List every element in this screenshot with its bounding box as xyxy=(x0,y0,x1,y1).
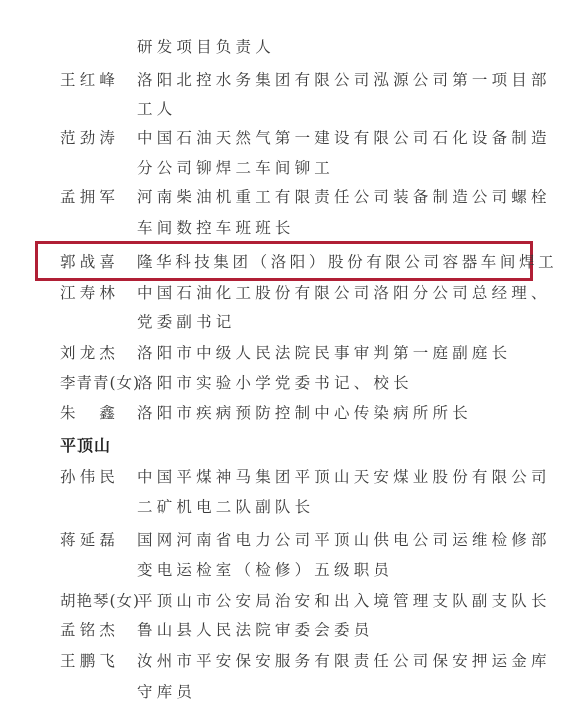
entry-desc-line-highlighted: 隆华科技集团（洛阳）股份有限公司容器车间焊工 xyxy=(137,252,557,272)
entry-desc-line: 洛阳北控水务集团有限公司泓源公司第一项目部 xyxy=(137,70,551,90)
entry-name: 王红峰 xyxy=(60,70,119,90)
entry-name: 蒋延磊 xyxy=(60,530,119,550)
entry-desc-line: 二矿机电二队副队长 xyxy=(137,497,314,517)
entry-name: 孟铭杰 xyxy=(60,620,119,640)
entry-desc-line: 国网河南省电力公司平顶山供电公司运维检修部 xyxy=(137,530,551,550)
entry-desc-line: 车间数控车班班长 xyxy=(137,218,295,238)
entry-desc-line: 洛阳市实验小学党委书记、校长 xyxy=(137,373,413,393)
entry-name: 刘龙杰 xyxy=(60,343,119,363)
entry-name: 孟拥军 xyxy=(60,187,119,207)
entry-desc-line: 中国石油天然气第一建设有限公司石化设备制造 xyxy=(137,128,551,148)
entry-name: 范劲涛 xyxy=(60,128,119,148)
entry-desc-line: 汝州市平安保安服务有限责任公司保安押运金库 xyxy=(137,651,551,671)
entry-desc-line: 洛阳市疾病预防控制中心传染病所所长 xyxy=(137,403,472,423)
entry-name: 孙伟民 xyxy=(60,467,119,487)
entry-desc-line: 分公司铆焊二车间铆工 xyxy=(137,158,334,178)
entry-desc-line: 党委副书记 xyxy=(137,312,236,332)
entry-desc-line: 守库员 xyxy=(137,682,196,702)
entry-name: 朱 鑫 xyxy=(60,403,119,423)
entry-name: 江寿林 xyxy=(60,283,119,303)
entry-desc-line: 河南柴油机重工有限责任公司装备制造公司螺栓 xyxy=(137,187,551,207)
section-heading: 平顶山 xyxy=(60,433,111,456)
entry-desc-line: 平顶山市公安局治安和出入境管理支队副支队长 xyxy=(137,591,551,611)
entry-desc-line: 研发项目负责人 xyxy=(137,37,275,57)
entry-desc-line: 中国平煤神马集团平顶山天安煤业股份有限公司 xyxy=(137,467,551,487)
entry-desc-line: 鲁山县人民法院审委会委员 xyxy=(137,620,373,640)
entry-name: 王鹏飞 xyxy=(60,651,119,671)
entry-name: 李青青(女) xyxy=(60,373,140,393)
entry-desc-line: 中国石油化工股份有限公司洛阳分公司总经理、 xyxy=(137,283,551,303)
entry-desc-line: 工人 xyxy=(137,99,176,119)
entry-desc-line: 变电运检室（检修）五级职员 xyxy=(137,560,393,580)
entry-name-highlighted: 郭战喜 xyxy=(60,252,119,272)
entry-desc-line: 洛阳市中级人民法院民事审判第一庭副庭长 xyxy=(137,343,511,363)
entry-name: 胡艳琴(女) xyxy=(60,591,140,611)
